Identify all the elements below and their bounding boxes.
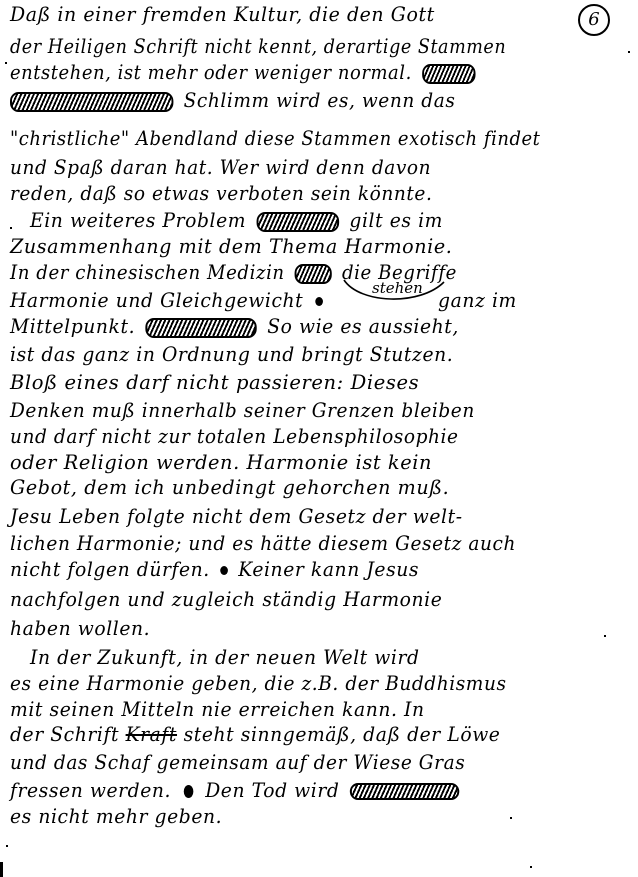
text-line: Denken muß innerhalb seiner Grenzen blei…: [10, 398, 475, 424]
text-line: Ein weiteres Problem gilt es im: [30, 208, 443, 234]
scribbled-out-word: [10, 92, 173, 112]
line-text: Bloß eines darf nicht passieren: Dieses: [10, 371, 419, 394]
line-text: gilt es im: [349, 209, 443, 232]
line-text: Daß in einer fremden Kultur, die den Got…: [10, 3, 435, 26]
scan-speck: [5, 62, 7, 64]
page-number-circle: 6: [578, 4, 610, 36]
text-line: entstehen, ist mehr oder weniger normal.: [10, 60, 479, 86]
line-text: Zusammenhang mit dem Thema Harmonie.: [10, 235, 452, 258]
line-text: nachfolgen und zugleich ständig Harmonie: [10, 588, 442, 611]
text-line: der Heiligen Schrift nicht kennt, derart…: [10, 34, 506, 60]
line-text: Jesu Leben folgte nicht dem Gesetz der w…: [10, 505, 463, 528]
text-line: reden, daß so etwas verboten sein könnte…: [10, 181, 432, 207]
line-text: fressen werden.: [10, 779, 171, 802]
text-line: Mittelpunkt. So wie es aussieht,: [10, 314, 459, 340]
text-line: mit seinen Mitteln nie erreichen kann. I…: [10, 697, 425, 723]
line-text: und Spaß daran hat. Wer wird denn davon: [10, 156, 431, 179]
scan-speck: [604, 635, 606, 637]
text-line: nicht folgen dürfen. Keiner kann Jesus: [10, 557, 419, 583]
scribbled-out-word: [422, 64, 475, 84]
line-text: So wie es aussieht,: [267, 315, 459, 338]
text-line: es eine Harmonie geben, die z.B. der Bud…: [10, 671, 507, 697]
text-line: "christliche" Abendland diese Stammen ex…: [10, 126, 540, 152]
ink-blot: [183, 785, 193, 798]
scribbled-out-word: [145, 318, 256, 338]
line-text: Harmonie und Gleichgewicht: [10, 289, 303, 312]
line-text: Schlimm wird es, wenn das: [184, 89, 456, 112]
line-text: Ein weiteres Problem: [30, 209, 246, 232]
line-text: In der Zukunft, in der neuen Welt wird: [30, 646, 420, 669]
scan-speck: [6, 845, 8, 847]
ink-blot: [316, 297, 324, 306]
text-line: der Schrift Kraft steht sinngemäß, daß d…: [10, 722, 500, 748]
line-text: haben wollen.: [10, 617, 150, 640]
text-line: ist das ganz in Ordnung und bringt Stutz…: [10, 342, 453, 368]
text-line: es nicht mehr geben.: [10, 804, 222, 830]
line-text: und das Schaf gemeinsam auf der Wiese Gr…: [10, 751, 465, 774]
line-text: nicht folgen dürfen.: [10, 558, 210, 581]
text-line: Bloß eines darf nicht passieren: Dieses: [10, 370, 419, 396]
text-line: und Spaß daran hat. Wer wird denn davon: [10, 155, 431, 181]
line-text: "christliche" Abendland diese Stammen ex…: [10, 127, 540, 150]
text-line: haben wollen.: [10, 616, 150, 642]
line-text: entstehen, ist mehr oder weniger normal.: [10, 61, 412, 84]
text-line: Harmonie und Gleichgewicht ganz im: [10, 288, 517, 314]
text-line: und das Schaf gemeinsam auf der Wiese Gr…: [10, 750, 465, 776]
text-line: Gebot, dem ich unbedingt gehorchen muß.: [10, 475, 449, 501]
line-text: lichen Harmonie; und es hätte diesem Ges…: [10, 532, 516, 555]
line-text: Mittelpunkt.: [10, 315, 135, 338]
text-line: nachfolgen und zugleich ständig Harmonie: [10, 587, 442, 613]
scribbled-out-word: [256, 212, 339, 232]
text-line: Zusammenhang mit dem Thema Harmonie.: [10, 234, 452, 260]
text-line: fressen werden. Den Tod wird: [10, 778, 463, 804]
line-text: ist das ganz in Ordnung und bringt Stutz…: [10, 343, 453, 366]
line-text: Gebot, dem ich unbedingt gehorchen muß.: [10, 476, 449, 499]
line-text: der Schrift: [10, 723, 119, 746]
text-line: Jesu Leben folgte nicht dem Gesetz der w…: [10, 504, 463, 530]
line-text: Den Tod wird: [205, 779, 339, 802]
scan-edge-mark: [0, 862, 3, 877]
line-text: es nicht mehr geben.: [10, 805, 222, 828]
text-line: Daß in einer fremden Kultur, die den Got…: [10, 2, 435, 28]
line-text: oder Religion werden. Harmonie ist kein: [10, 451, 432, 474]
scan-speck: [628, 51, 630, 53]
ink-blot: [220, 566, 228, 575]
text-line: lichen Harmonie; und es hätte diesem Ges…: [10, 531, 516, 557]
line-text: der Heiligen Schrift nicht kennt, derart…: [10, 35, 506, 58]
scan-speck: [530, 866, 532, 868]
line-text: In der chinesischen Medizin: [10, 261, 285, 284]
line-text: reden, daß so etwas verboten sein könnte…: [10, 182, 432, 205]
line-text: Denken muß innerhalb seiner Grenzen blei…: [10, 399, 475, 422]
scribbled-out-word: [350, 783, 459, 800]
text-line: und darf nicht zur totalen Lebensphiloso…: [10, 424, 459, 450]
line-text: und darf nicht zur totalen Lebensphiloso…: [10, 425, 459, 448]
struck-out-word: Kraft: [126, 723, 177, 746]
handwritten-page: 6 Daß in einer fremden Kultur, die den G…: [0, 0, 638, 877]
text-line: Schlimm wird es, wenn das: [10, 88, 455, 114]
line-text: steht sinngemäß, daß der Löwe: [184, 723, 501, 746]
text-line: oder Religion werden. Harmonie ist kein: [10, 450, 432, 476]
text-line: In der Zukunft, in der neuen Welt wird: [30, 645, 420, 671]
scan-speck: [10, 227, 12, 229]
line-text: ganz im: [438, 289, 517, 312]
line-text: mit seinen Mitteln nie erreichen kann. I…: [10, 698, 425, 721]
line-text: es eine Harmonie geben, die z.B. der Bud…: [10, 672, 507, 695]
line-text: Keiner kann Jesus: [238, 558, 419, 581]
scan-speck: [510, 817, 512, 819]
scribbled-out-word: [295, 264, 332, 284]
